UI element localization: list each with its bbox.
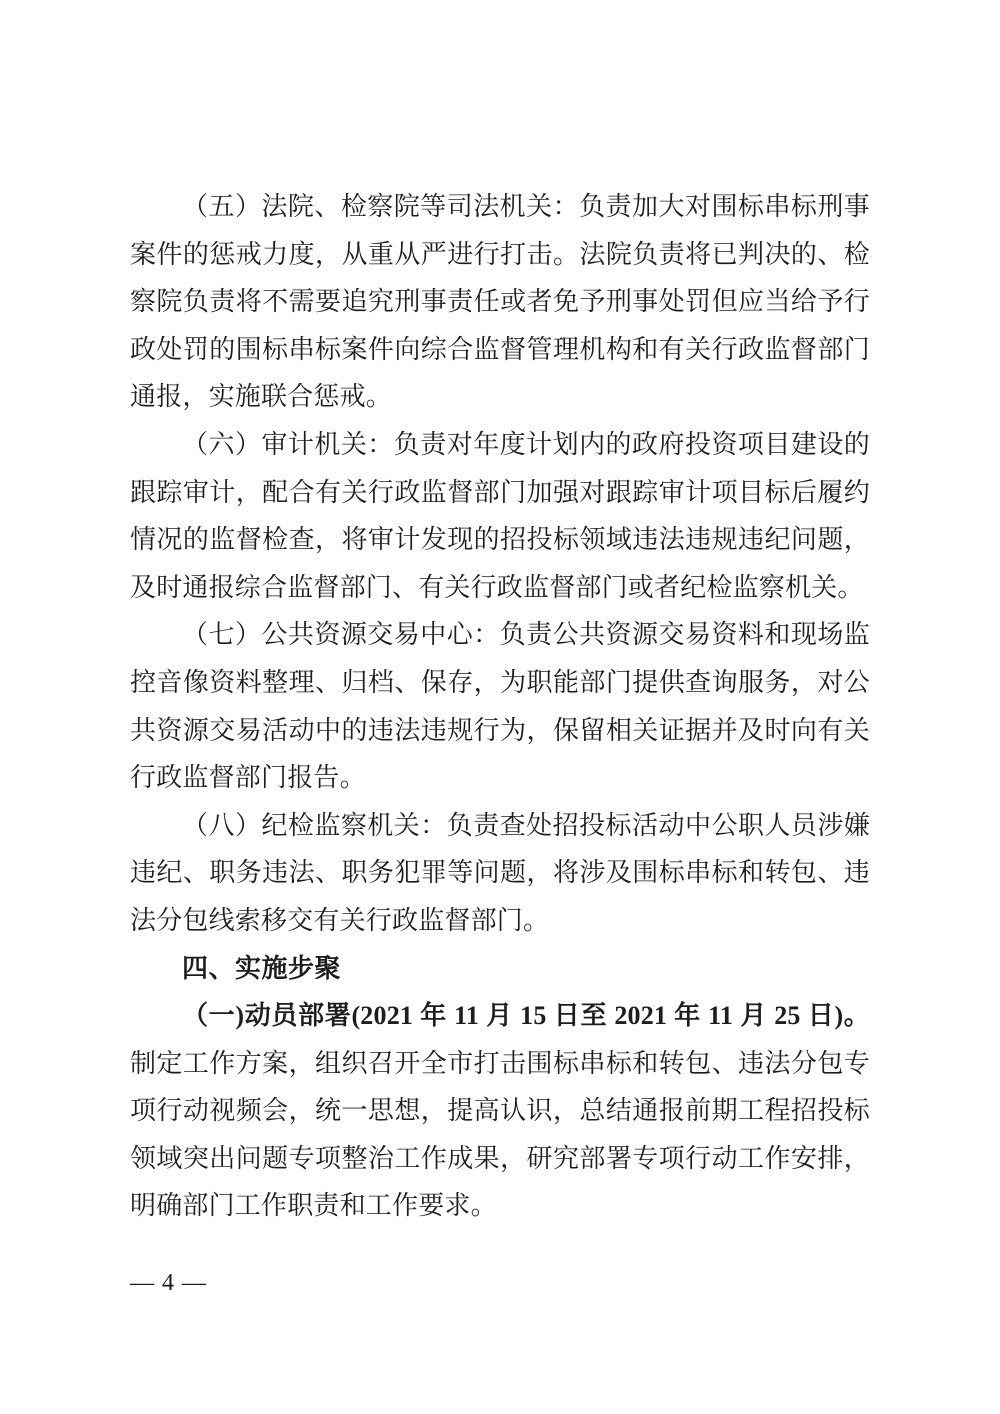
paragraph-item-8: （八）纪检监察机关：负责查处招投标活动中公职人员涉嫌违纪、职务违法、职务犯罪等问… (130, 802, 870, 945)
step-1-body-text: 制定工作方案，组织召开全市打击围标串标和转包、违法分包专项行动视频会，统一思想，… (130, 1049, 870, 1221)
paragraph-step-1: （一)动员部署(2021 年 11 月 15 日至 2021 年 11 月 25… (130, 992, 870, 1230)
paragraph-item-6: （六）审计机关：负责对年度计划内的政府投资项目建设的跟踪审计，配合有关行政监督部… (130, 421, 870, 611)
section-heading-implementation-steps: 四、实施步聚 (130, 945, 870, 993)
paragraph-item-7: （七）公共资源交易中心：负责公共资源交易资料和现场监控音像资料整理、归档、保存，… (130, 611, 870, 801)
page-number: — 4 — (130, 1270, 207, 1297)
paragraph-item-5: （五）法院、检察院等司法机关：负责加大对围标串标刑事案件的惩戒力度，从重从严进行… (130, 183, 870, 421)
step-1-lead-bold: （一)动员部署(2021 年 11 月 15 日至 2021 年 11 月 25… (182, 1001, 870, 1030)
document-body: （五）法院、检察院等司法机关：负责加大对围标串标刑事案件的惩戒力度，从重从严进行… (130, 183, 870, 1230)
document-page: （五）法院、检察院等司法机关：负责加大对围标串标刑事案件的惩戒力度，从重从严进行… (0, 0, 1000, 1414)
